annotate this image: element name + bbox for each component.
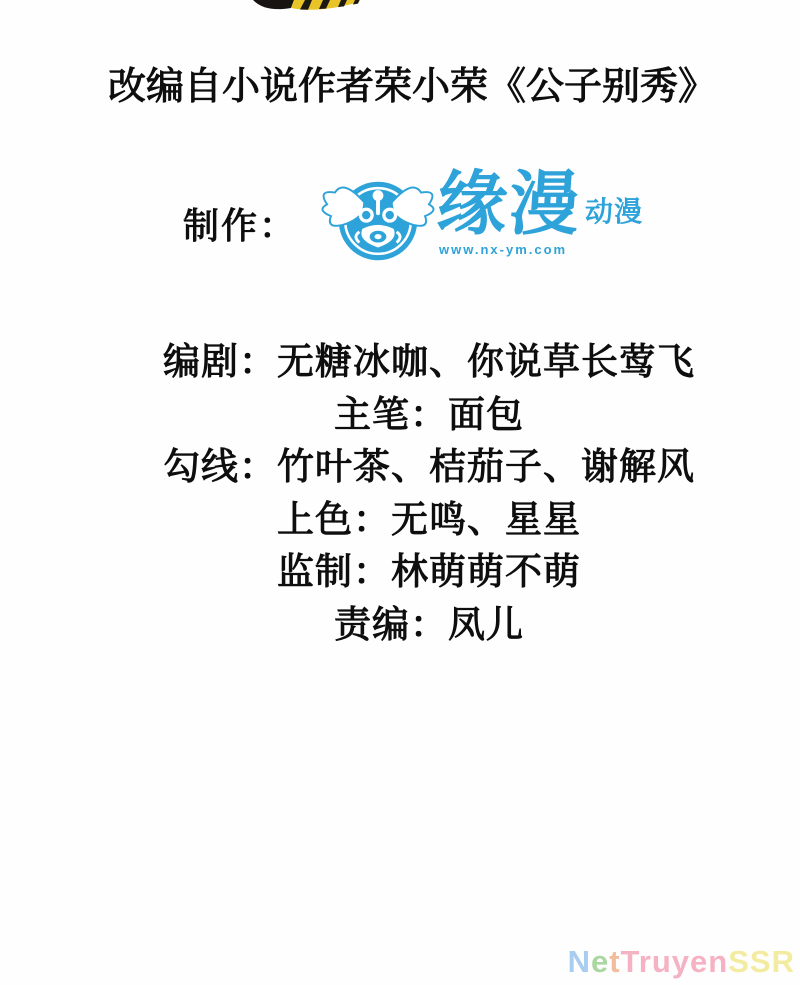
credits-list: 编剧：无糖冰咖、你说草长莺飞 主笔：面包 勾线：竹叶茶、桔茄子、谢解风 上色：无… [58, 336, 800, 651]
watermark-letter: R [772, 944, 795, 979]
watermark-letter: e [690, 944, 708, 979]
watermark-letter: S [728, 944, 750, 979]
credit-line-editor: 责编：凤儿 [58, 599, 800, 652]
studio-logo-text: 缘漫 动漫 www.nx-ym.com [437, 168, 643, 257]
watermark-letter: N [568, 944, 591, 979]
watermark-letter: T [621, 944, 639, 979]
credit-line-lead-artist: 主笔：面包 [58, 389, 800, 442]
watermark-letter: t [609, 944, 620, 979]
watermark-letter: y [672, 944, 690, 979]
cropped-artwork-icon [247, 0, 367, 13]
credit-line-lineart: 勾线：竹叶茶、桔茄子、谢解风 [58, 441, 800, 494]
watermark-letter: n [708, 944, 728, 979]
studio-name-main: 缘漫 [434, 168, 583, 240]
watermark-letter: u [652, 944, 672, 979]
site-watermark: NetTruyenSSR [568, 944, 795, 980]
credit-line-screenwriter: 编剧：无糖冰咖、你说草长莺飞 [58, 336, 800, 389]
credit-line-coloring: 上色：无鸣、星星 [58, 494, 800, 547]
studio-logo: 缘漫 动漫 www.nx-ym.com [321, 168, 643, 270]
comic-credits-page: { "page": { "background": "#fefefe", "te… [0, 0, 800, 985]
watermark-letter: r [639, 944, 652, 979]
watermark-letter: S [750, 944, 772, 979]
winged-circle-logo-icon [321, 172, 435, 270]
credit-line-supervisor: 监制：林萌萌不萌 [58, 546, 800, 599]
watermark-letter: e [591, 944, 609, 979]
production-row: 制作： 缘漫 动漫 www.nx-ym.com [183, 168, 643, 270]
production-label: 制作： [183, 198, 297, 249]
cropped-artwork-fragment [247, 0, 367, 18]
studio-url: www.nx-ym.com [439, 242, 643, 257]
adaptation-title: 改编自小说作者荣小荣《公子别秀》 [0, 64, 800, 110]
studio-name-sub: 动漫 [585, 190, 643, 230]
